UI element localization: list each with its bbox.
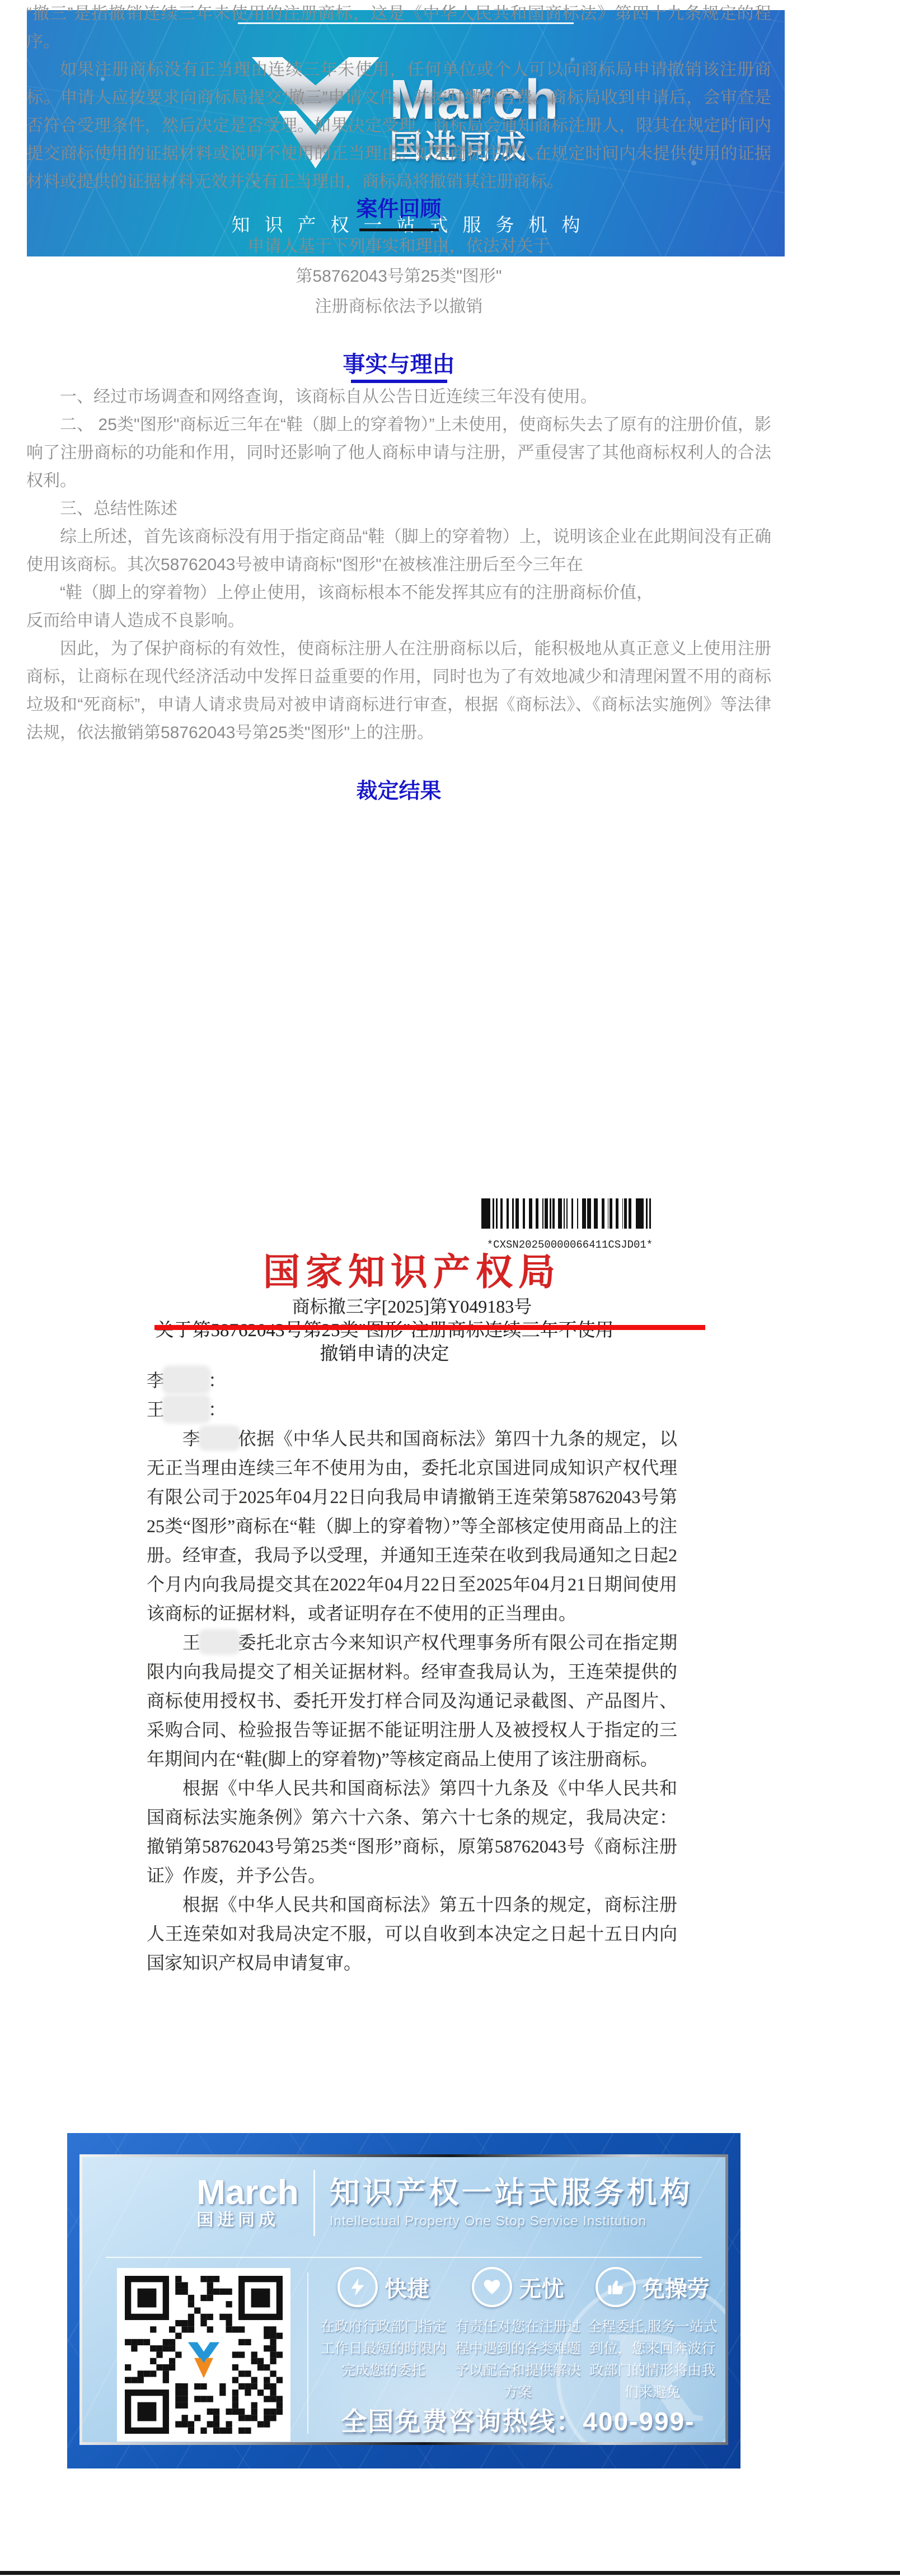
section-title-facts: 事实与理由 [26,351,771,378]
salutation: 王： [147,1395,677,1424]
qr-code-icon [125,2276,283,2434]
redaction-blur [165,1397,208,1421]
article-body: “撤三”是指撤销连续三年未使用的注册商标，这是《中华人民共和国商标法》第四十九条… [26,0,771,805]
hotline-label: 全国免费咨询热线： [341,2407,583,2436]
facts-item: “鞋（脚上的穿着物）上停止使用，该商标根本不能发挥其应有的注册商标价值， [26,579,771,607]
lightning-icon [337,2267,378,2307]
footer-logo-row: March 国进同成 知识产权一站式服务机构 Intellectual Prop… [82,2165,709,2241]
divider [106,2257,702,2258]
footer-panel-border: March 国进同成 知识产权一站式服务机构 Intellectual Prop… [79,2154,728,2445]
document-paragraph: 李依据《中华人民共和国商标法》第四十九条的规定，以无正当理由连续三年不使用为由，… [147,1424,677,1628]
salutation: 李： [147,1366,677,1395]
facts-item: 三、总结性陈述 [26,495,771,523]
redaction-blur [165,1368,208,1392]
footer-logo-texts: March 国进同成 [196,2176,299,2230]
heart-icon [472,2267,512,2307]
procedure-paragraph: 如果注册商标没有正当理由连续三年未使用，任何单位或个人可以向商标局申请撤销该注册… [26,56,771,196]
footer-tagline-cn: 知识产权一站式服务机构 [330,2176,693,2210]
barcode-serial: *CXSN20250000066411CSJD01* [481,1238,658,1252]
document-body: 李： 王： 李依据《中华人民共和国商标法》第四十九条的规定，以无正当理由连续三年… [147,1366,677,1977]
footer-panel: March 国进同成 知识产权一站式服务机构 Intellectual Prop… [82,2157,725,2442]
letterhead-red-rule [154,1325,705,1330]
footer-taglines: 知识产权一站式服务机构 Intellectual Property One St… [330,2176,693,2230]
feature-fast: 快捷 在政府行政部门指定工作日最短的时限内完成您的委托 [318,2267,448,2404]
case-review-line: 注册商标依法予以撤销 [26,292,771,322]
divider [307,2272,308,2434]
facts-item: 因此，为了保护商标的有效性，使商标注册人在注册商标以后，能积极地从真正意义上使用… [26,635,771,747]
document-paragraph: 王委托北京古今来知识产权代理事务所有限公司在指定期限内向我局提交了相关证据材料。… [147,1628,677,1774]
barcode-block: *CXSN20250000066411CSJD01* [481,1198,658,1252]
document-paragraph: 根据《中华人民共和国商标法》第四十九条及《中华人民共和国商标法实施条例》第六十六… [147,1774,677,1890]
barcode-icon [481,1198,658,1229]
document-number: 商标撤三字[2025]第Y049183号 [147,1294,677,1319]
issuing-agency: 国家知识产权局 [147,1252,677,1294]
case-review-lines: 申请人基于下列事实和理由，依法对关于 第58762043号第25类"图形" 注册… [26,231,771,322]
brand-name-en: March [196,2176,299,2210]
document-paragraph: 根据《中华人民共和国商标法》第五十四条的规定，商标注册人王连荣如对我局决定不服，… [147,1890,677,1977]
section-title-result: 裁定结果 [26,778,771,805]
case-review-line: 第58762043号第25类"图形" [26,262,771,292]
feature-label: 快捷 [385,2271,429,2303]
intro-paragraph: “撤三”是指撤销连续三年未使用的注册商标，这是《中华人民共和国商标法》第四十九条… [26,0,771,56]
redaction-blur [201,1428,238,1448]
brand-name-cn: 国进同成 [196,2210,279,2230]
march-logo-icon [98,2165,182,2241]
footer-banner: March 国进同成 知识产权一站式服务机构 Intellectual Prop… [67,2133,740,2468]
facts-item: 综上所述，首先该商标没有用于指定商品“鞋（脚上的穿着物）上，说明该企业在此期间没… [26,523,771,579]
redaction-blur [201,1632,238,1652]
feature-label: 无忧 [519,2271,564,2303]
qr-code [117,2268,290,2442]
section-title-case-review: 案件回顾 [26,196,771,223]
footer-tagline-en: Intellectual Property One Stop Service I… [330,2213,693,2230]
facts-item: 二、 25类"图形"商标近三年在“鞋（脚上的穿着物）”上未使用，使商标失去了原有… [26,411,771,495]
feature-desc: 在政府行政部门指定工作日最短的时限内完成您的委托 [318,2316,448,2382]
facts-item: 反而给申请人造成不良影响。 [26,607,771,635]
case-review-line: 申请人基于下列事实和理由，依法对关于 [26,231,771,262]
divider [313,2170,315,2236]
facts-item: 一、经过市场调查和网络查询，该商标自从公告日近连续三年没有使用。 [26,383,771,411]
decision-document-scan: *CXSN20250000066411CSJD01* 国家知识产权局 商标撤三字… [147,1198,677,1977]
page-bottom-edge [0,2571,900,2575]
